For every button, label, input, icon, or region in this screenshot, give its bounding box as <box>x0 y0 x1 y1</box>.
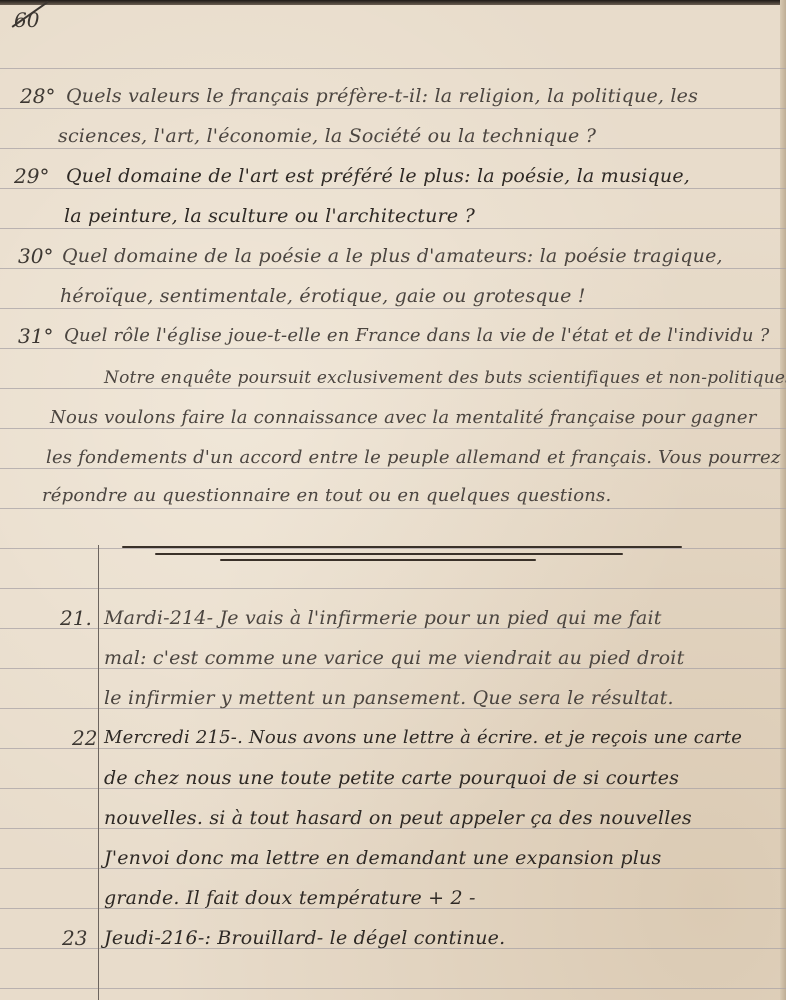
note-line: les fondements d'un accord entre le peup… <box>46 446 781 470</box>
ruled-line <box>0 988 786 989</box>
ruled-line <box>0 188 786 189</box>
page-number: 60 <box>14 8 39 32</box>
question-line: Quel domaine de la poésie a le plus d'am… <box>62 244 723 268</box>
entry-line: Jeudi-216-: Brouillard- le dégel continu… <box>104 926 505 950</box>
page-binding-edge <box>780 0 786 1000</box>
day-number: 23 <box>62 926 87 950</box>
ruled-line <box>0 148 786 149</box>
section-separator <box>122 546 682 548</box>
question-number: 30° <box>18 244 53 268</box>
page-top-edge <box>0 0 786 5</box>
entry-line: le infirmier y mettent un pansement. Que… <box>104 686 674 710</box>
question-line: Quels valeurs le français préfère-t-il: … <box>66 84 698 108</box>
section-separator <box>155 553 623 555</box>
note-line: Notre enquête poursuit exclusivement des… <box>104 366 786 390</box>
ruled-line <box>0 588 786 589</box>
question-number: 31° <box>18 324 53 348</box>
question-line: sciences, l'art, l'économie, la Société … <box>58 124 596 148</box>
section-separator <box>220 559 536 561</box>
note-line: Nous voulons faire la connaissance avec … <box>50 406 757 430</box>
ruled-line <box>0 68 786 69</box>
entry-line: J'envoi donc ma lettre en demandant une … <box>104 846 661 870</box>
note-line: répondre au questionnaire en tout ou en … <box>42 484 611 508</box>
notebook-page: 60 28° Quels valeurs le français préfère… <box>0 0 786 1000</box>
ruled-line <box>0 228 786 229</box>
question-line: héroïque, sentimentale, érotique, gaie o… <box>60 284 586 308</box>
question-line: Quel domaine de l'art est préféré le plu… <box>66 164 690 188</box>
margin-line <box>98 545 99 1000</box>
entry-line: grande. Il fait doux température + 2 - <box>104 886 476 910</box>
question-number: 28° <box>20 84 55 108</box>
day-number: 21. <box>60 606 92 630</box>
ruled-line <box>0 548 786 549</box>
day-number: 22 <box>72 726 97 750</box>
ruled-line <box>0 348 786 349</box>
entry-line: Mercredi 215-. Nous avons une lettre à é… <box>104 726 742 750</box>
question-line: la peinture, la sculture ou l'architectu… <box>64 204 475 228</box>
entry-line: mal: c'est comme une varice qui me viend… <box>104 646 684 670</box>
question-line: Quel rôle l'église joue-t-elle en France… <box>64 324 769 348</box>
question-number: 29° <box>14 164 49 188</box>
ruled-line <box>0 508 786 509</box>
ruled-line <box>0 308 786 309</box>
entry-line: nouvelles. si à tout hasard on peut appe… <box>104 806 692 830</box>
ruled-line <box>0 268 786 269</box>
ruled-line <box>0 108 786 109</box>
entry-line: de chez nous une toute petite carte pour… <box>104 766 679 790</box>
entry-line: Mardi-214- Je vais à l'infirmerie pour u… <box>104 606 662 630</box>
